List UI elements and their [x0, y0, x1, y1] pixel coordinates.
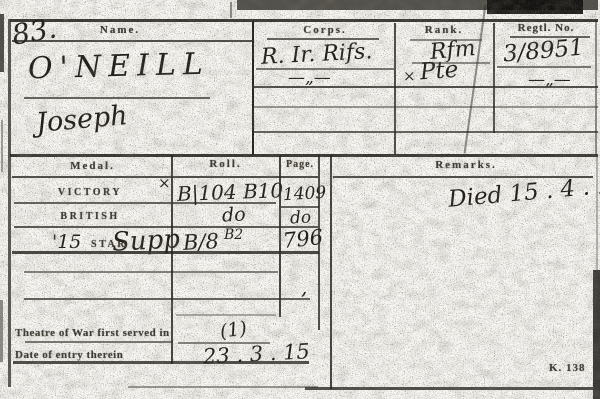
rank-x-mark: ×	[403, 69, 416, 84]
name-label: Name.	[55, 24, 185, 36]
table-divider	[493, 23, 495, 133]
scan-strip-dark-blob	[487, 0, 583, 14]
remarks-label: Remarks.	[340, 159, 592, 171]
corps-label: Corps.	[258, 24, 392, 36]
theatre-of-war-label: Theatre of War first served in	[15, 327, 170, 339]
regtl-no-value: 3/8951	[502, 37, 585, 67]
star-page-value: 796	[282, 227, 324, 252]
form-code: K. 138	[549, 362, 586, 374]
british-roll-ditto: do	[222, 205, 247, 225]
scan-edge-mark	[0, 300, 3, 362]
rule-line	[12, 251, 319, 254]
rank-label: Rank.	[397, 24, 491, 36]
rule-line	[497, 66, 591, 68]
medal-index-card-scan: 83. Name. O'NEILL Joseph Corps. Rank. Re…	[0, 0, 600, 399]
card-bottom-border	[305, 387, 593, 390]
roll-label: Roll.	[178, 158, 273, 170]
victory-roll-value: B|104 B10	[177, 180, 284, 204]
victory-page-value: 1409	[283, 185, 327, 204]
corps-ditto: —„—	[288, 70, 331, 87]
scan-right-edge	[593, 270, 600, 399]
page-label: Page.	[281, 159, 319, 170]
date-of-entry-label: Date of entry therein	[15, 349, 123, 361]
victory-x-mark: ×	[158, 176, 171, 191]
forename-value: Joseph	[35, 102, 129, 137]
regtl-no-label: Regtl. No.	[498, 22, 594, 34]
british-page-ditto: do	[290, 209, 312, 227]
scan-edge-mark	[0, 14, 4, 72]
rule-line	[252, 131, 598, 133]
rule-line	[24, 271, 278, 273]
rule-line	[252, 86, 598, 88]
rule-line	[12, 40, 252, 42]
theatre-of-war-value: (1)	[219, 319, 248, 342]
section-divider	[10, 154, 598, 157]
star-roll-superscript: B2	[224, 228, 243, 242]
rule-line	[252, 106, 598, 108]
stray-pen-mark: ,	[301, 277, 307, 297]
surname-value: O'NEILL	[28, 50, 210, 85]
medal-row-british-label: BRITISH	[30, 211, 150, 222]
medal-label: Medal.	[20, 160, 165, 172]
medal-row-victory-label: VICTORY	[30, 187, 150, 198]
corner-number: 83.	[10, 14, 59, 49]
date-of-entry-value: 23 . 3 . 15	[203, 341, 311, 368]
card-bottom-border	[128, 386, 318, 388]
card-left-border	[8, 19, 11, 387]
rule-line	[24, 298, 310, 300]
table-divider	[394, 23, 396, 155]
remarks-left-border	[330, 155, 332, 389]
scan-edge-mark	[1, 120, 3, 172]
scan-edge-mark	[230, 2, 232, 18]
rule-line	[25, 341, 173, 343]
corps-value: R. Ir. Rifs.	[261, 41, 373, 69]
table-divider	[252, 21, 254, 155]
rule-line	[13, 361, 309, 364]
card-right-border	[596, 155, 598, 270]
card-right-border	[595, 20, 597, 156]
rank-value-2: Pte	[419, 59, 459, 85]
remarks-value: Died 15 . 4 . 15	[447, 173, 600, 211]
rule-line	[176, 314, 276, 316]
table-divider	[171, 155, 173, 364]
star-year-prefix: '15	[52, 233, 81, 252]
rule-line	[24, 97, 210, 99]
